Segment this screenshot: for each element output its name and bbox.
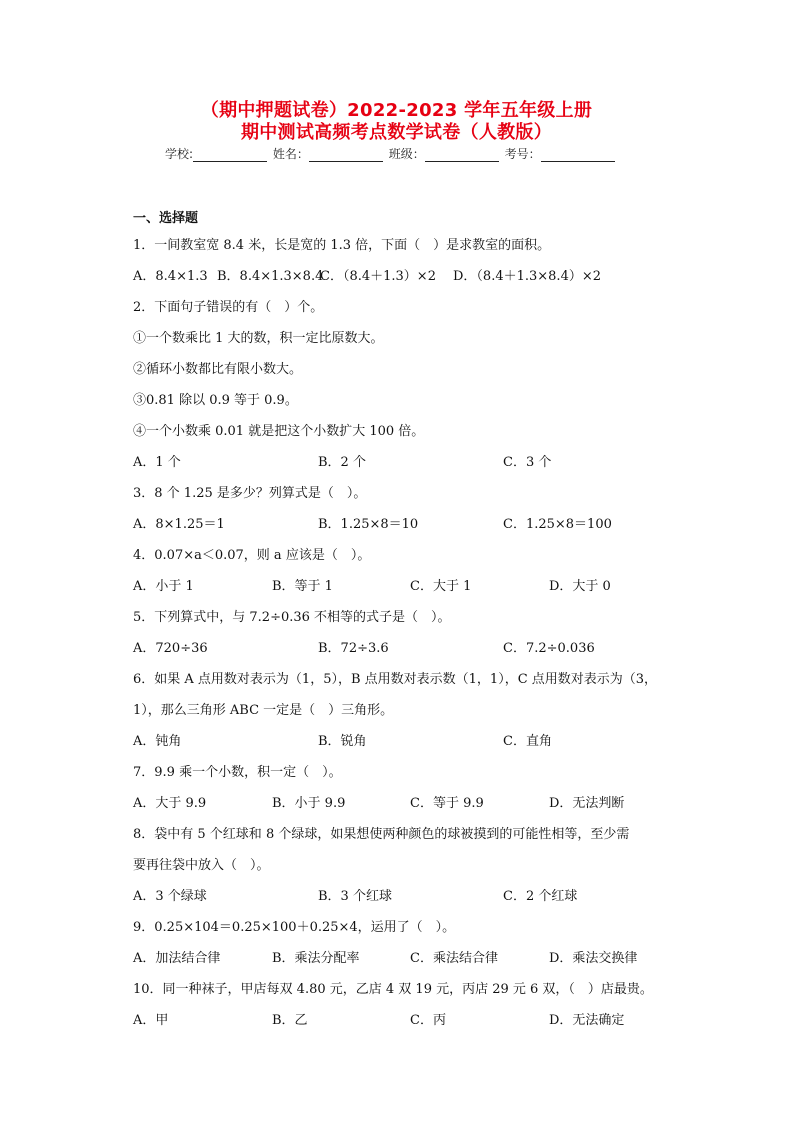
school-blank xyxy=(193,149,267,162)
q4-option-a: A．小于 1 xyxy=(133,575,194,594)
q2-option-b: B．2 个 xyxy=(318,451,366,470)
question-3: 3．8 个 1.25 是多少？列算式是（ ）。 xyxy=(133,482,366,501)
q5-option-a: A．720÷36 xyxy=(133,637,208,656)
question-2: 2．下面句子错误的有（ ）个。 xyxy=(133,296,323,315)
q10-option-c: C．丙 xyxy=(410,1009,446,1028)
q2-option-c: C．3 个 xyxy=(503,451,551,470)
q5-option-c: C．7.2÷0.036 xyxy=(503,637,595,656)
question-6: 6．如果 A 点用数对表示为（1，5），B 点用数对表示数（1，1），C 点用数… xyxy=(133,668,657,687)
q3-option-b: B．1.25×8＝10 xyxy=(318,513,418,532)
question-8-cont: 要再往袋中放入（ ）。 xyxy=(133,854,270,873)
q7-option-c: C．等于 9.9 xyxy=(410,792,484,811)
question-6-cont: 1），那么三角形 ABC 一定是（ ）三角形。 xyxy=(133,699,393,718)
q9-option-b: B．乘法分配率 xyxy=(272,947,360,966)
q1-option-a: A．8.4×1.3 xyxy=(133,265,208,284)
q10-option-d: D．无法确定 xyxy=(549,1009,624,1028)
q6-option-a: A．钝角 xyxy=(133,730,181,749)
q1-option-b: B．8.4×1.3×8.4 xyxy=(217,265,323,284)
q3-option-c: C．1.25×8＝100 xyxy=(503,513,612,532)
q2-statement-2: ②循环小数都比有限小数大。 xyxy=(133,358,302,377)
class-label: 班级： xyxy=(389,147,425,161)
exam-number-label: 考号： xyxy=(505,147,541,161)
question-4: 4．0.07×a＜0.07，则 a 应该是（ ）。 xyxy=(133,544,370,563)
q9-option-a: A．加法结合律 xyxy=(133,947,220,966)
class-blank xyxy=(425,149,499,162)
student-info-row: 学校: 姓名： 班级： 考号： xyxy=(165,145,617,162)
name-label: 姓名： xyxy=(273,147,309,161)
q2-statement-1: ①一个数乘比 1 大的数，积一定比原数大。 xyxy=(133,327,384,346)
q1-option-d: D．（8.4＋1.3×8.4）×2 xyxy=(453,265,601,284)
name-blank xyxy=(309,149,383,162)
q4-option-b: B．等于 1 xyxy=(272,575,333,594)
q7-option-a: A．大于 9.9 xyxy=(133,792,206,811)
question-7: 7．9.9 乘一个小数，积一定（ ）。 xyxy=(133,761,342,780)
q4-option-c: C．大于 1 xyxy=(410,575,471,594)
q2-statement-4: ④一个小数乘 0.01 就是把这个小数扩大 100 倍。 xyxy=(133,420,424,439)
q6-option-c: C．直角 xyxy=(503,730,552,749)
exam-number-blank xyxy=(541,149,615,162)
q10-option-b: B．乙 xyxy=(272,1009,308,1028)
q2-statement-3: ③0.81 除以 0.9 等于 0.9。 xyxy=(133,389,298,408)
q5-option-b: B．72÷3.6 xyxy=(318,637,389,656)
q6-option-b: B．锐角 xyxy=(318,730,367,749)
question-10: 10．同一种袜子，甲店每双 4.80 元，乙店 4 双 19 元，丙店 29 元… xyxy=(133,978,653,997)
q3-option-a: A．8×1.25＝1 xyxy=(133,513,225,532)
q9-option-d: D．乘法交换律 xyxy=(549,947,637,966)
question-9: 9．0.25×104＝0.25×100＋0.25×4，运用了（ ）。 xyxy=(133,916,455,935)
q8-option-c: C．2 个红球 xyxy=(503,885,577,904)
q7-option-b: B．小于 9.9 xyxy=(272,792,345,811)
question-1: 1．一间教室宽 8.4 米，长是宽的 1.3 倍，下面（ ）是求教室的面积。 xyxy=(133,234,550,253)
q4-option-d: D．大于 0 xyxy=(549,575,611,594)
section-title: 一、选择题 xyxy=(133,207,198,226)
q9-option-c: C．乘法结合律 xyxy=(410,947,498,966)
q2-option-a: A．1 个 xyxy=(133,451,181,470)
school-label: 学校: xyxy=(165,147,193,161)
exam-title-line2: 期中测试高频考点数学试卷（人教版） xyxy=(0,118,793,144)
q8-option-a: A．3 个绿球 xyxy=(133,885,207,904)
question-8: 8．袋中有 5 个红球和 8 个绿球，如果想使两种颜色的球被摸到的可能性相等，至… xyxy=(133,823,629,842)
q1-option-c: C．（8.4＋1.3）×2 xyxy=(320,265,436,284)
q7-option-d: D．无法判断 xyxy=(549,792,624,811)
q10-option-a: A．甲 xyxy=(133,1009,168,1028)
q8-option-b: B．3 个红球 xyxy=(318,885,392,904)
question-5: 5．下列算式中，与 7.2÷0.36 不相等的式子是（ ）。 xyxy=(133,606,451,625)
